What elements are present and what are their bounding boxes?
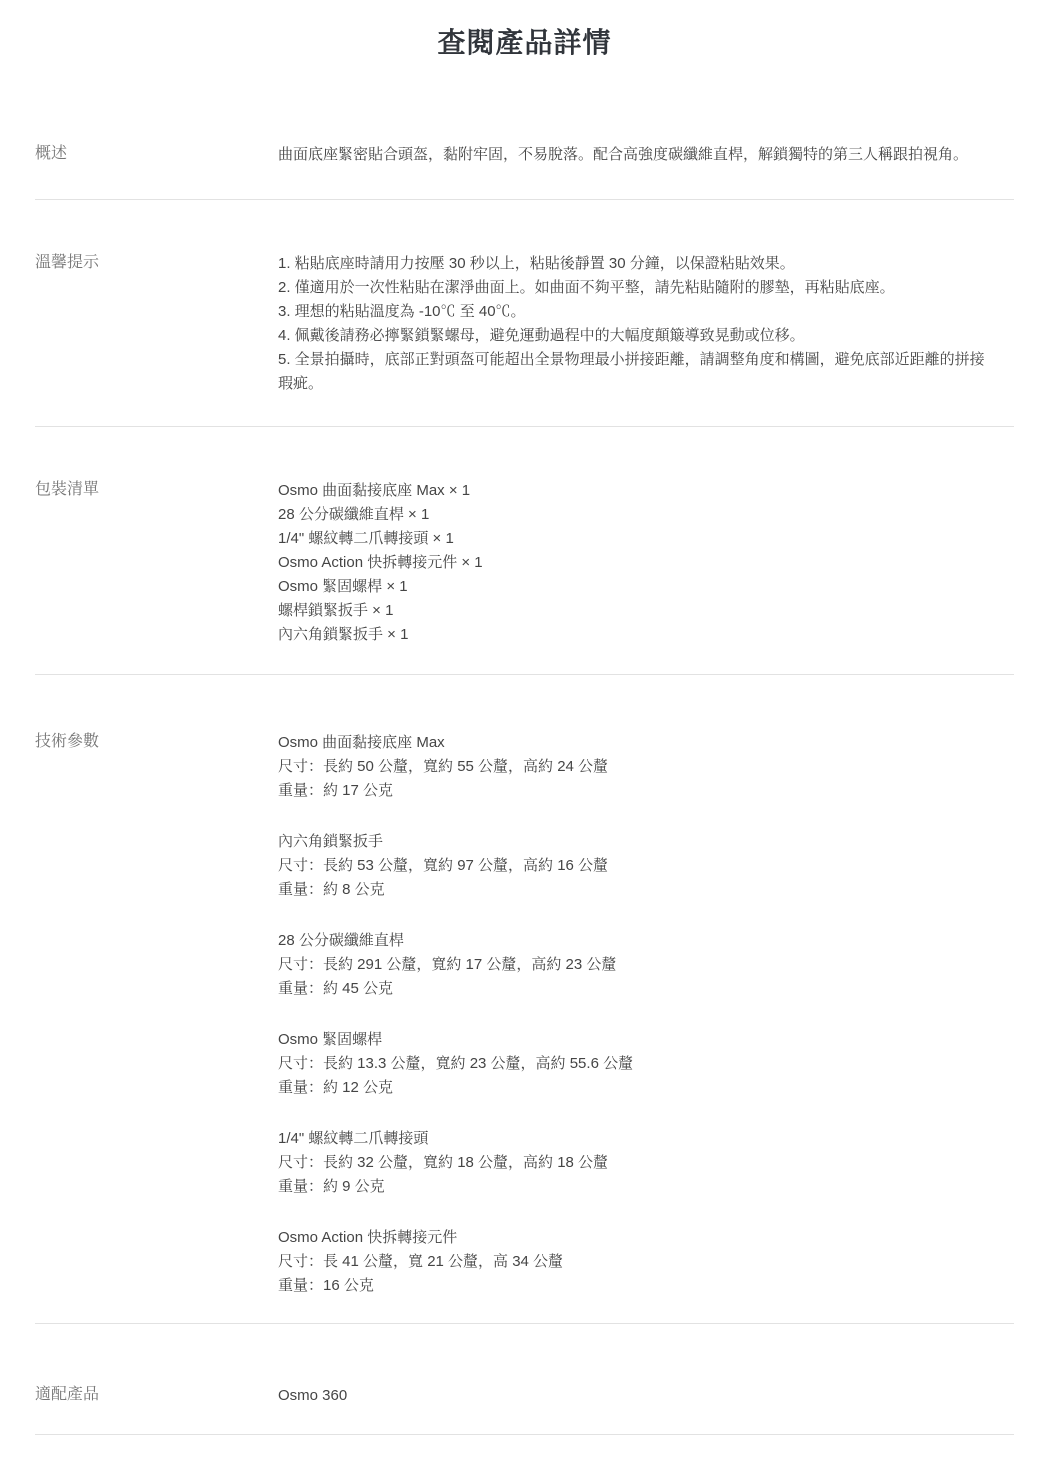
spec-block: Osmo 曲面黏接底座 Max 尺寸：長約 50 公釐，寬約 55 公釐，高約 …: [278, 731, 998, 803]
product-details-page: 查閱產品詳情 概述 曲面底座緊密貼合頭盔，黏附牢固，不易脫落。配合高強度碳纖維直…: [0, 0, 1040, 1480]
spec-block: 內六角鎖緊扳手 尺寸：長約 53 公釐，寬約 97 公釐，高約 16 公釐 重量…: [278, 830, 998, 902]
spec-weight: 重量：約 17 公克: [278, 779, 998, 803]
packing-section-label: 包裝清單: [35, 479, 278, 501]
spec-name: 1/4" 螺紋轉二爪轉接頭: [278, 1127, 998, 1151]
spec-name: Osmo 緊固螺桿: [278, 1028, 998, 1052]
tips-section-content: 1. 粘貼底座時請用力按壓 30 秒以上，粘貼後靜置 30 分鐘，以保證粘貼效果…: [278, 252, 998, 396]
spec-weight: 重量：約 9 公克: [278, 1175, 998, 1199]
spec-weight: 重量：16 公克: [278, 1274, 998, 1298]
spec-size: 尺寸：長約 32 公釐，寬約 18 公釐，高約 18 公釐: [278, 1151, 998, 1175]
tip-line: 5. 全景拍攝時，底部正對頭盔可能超出全景物理最小拼接距離，請調整角度和構圖，避…: [278, 348, 998, 396]
spec-name: Osmo 曲面黏接底座 Max: [278, 731, 998, 755]
spec-size: 尺寸：長 41 公釐，寬 21 公釐，高 34 公釐: [278, 1250, 998, 1274]
page-title: 查閱產品詳情: [35, 0, 1014, 91]
tip-line: 3. 理想的粘貼溫度為 -10℃ 至 40℃。: [278, 300, 998, 324]
spec-block: Osmo 緊固螺桿 尺寸：長約 13.3 公釐，寬約 23 公釐，高約 55.6…: [278, 1028, 998, 1100]
spec-name: 內六角鎖緊扳手: [278, 830, 998, 854]
packing-item: 螺桿鎖緊扳手 × 1: [278, 599, 998, 623]
spec-block: Osmo Action 快拆轉接元件 尺寸：長 41 公釐，寬 21 公釐，高 …: [278, 1226, 998, 1298]
packing-item: 內六角鎖緊扳手 × 1: [278, 623, 998, 647]
overview-section-label: 概述: [35, 143, 278, 165]
spec-block: 28 公分碳纖維直桿 尺寸：長約 291 公釐，寬約 17 公釐，高約 23 公…: [278, 929, 998, 1001]
tips-section-label: 溫馨提示: [35, 252, 278, 274]
packing-item: Osmo Action 快拆轉接元件 × 1: [278, 551, 998, 575]
spec-size: 尺寸：長約 13.3 公釐，寬約 23 公釐，高約 55.6 公釐: [278, 1052, 998, 1076]
compatibility-section-content: Osmo 360: [278, 1384, 998, 1408]
section-tips: 溫馨提示 1. 粘貼底座時請用力按壓 30 秒以上，粘貼後靜置 30 分鐘，以保…: [35, 200, 1014, 427]
overview-text: 曲面底座緊密貼合頭盔，黏附牢固，不易脫落。配合高強度碳纖維直桿，解鎖獨特的第三人…: [278, 143, 998, 167]
spec-weight: 重量：約 8 公克: [278, 878, 998, 902]
spec-block: 1/4" 螺紋轉二爪轉接頭 尺寸：長約 32 公釐，寬約 18 公釐，高約 18…: [278, 1127, 998, 1199]
section-packing-list: 包裝清單 Osmo 曲面黏接底座 Max × 1 28 公分碳纖維直桿 × 1 …: [35, 427, 1014, 675]
packing-section-content: Osmo 曲面黏接底座 Max × 1 28 公分碳纖維直桿 × 1 1/4" …: [278, 479, 998, 647]
packing-item: 1/4" 螺紋轉二爪轉接頭 × 1: [278, 527, 998, 551]
spec-size: 尺寸：長約 50 公釐，寬約 55 公釐，高約 24 公釐: [278, 755, 998, 779]
compatible-product: Osmo 360: [278, 1384, 998, 1408]
overview-section-content: 曲面底座緊密貼合頭盔，黏附牢固，不易脫落。配合高強度碳纖維直桿，解鎖獨特的第三人…: [278, 143, 998, 167]
packing-item: Osmo 曲面黏接底座 Max × 1: [278, 479, 998, 503]
tip-line: 4. 佩戴後請務必擰緊鎖緊螺母，避免運動過程中的大幅度顛簸導致晃動或位移。: [278, 324, 998, 348]
spec-weight: 重量：約 12 公克: [278, 1076, 998, 1100]
spec-name: Osmo Action 快拆轉接元件: [278, 1226, 998, 1250]
section-overview: 概述 曲面底座緊密貼合頭盔，黏附牢固，不易脫落。配合高強度碳纖維直桿，解鎖獨特的…: [35, 91, 1014, 200]
compatibility-section-label: 適配產品: [35, 1384, 278, 1406]
section-specs: 技術參數 Osmo 曲面黏接底座 Max 尺寸：長約 50 公釐，寬約 55 公…: [35, 675, 1014, 1324]
specs-section-content: Osmo 曲面黏接底座 Max 尺寸：長約 50 公釐，寬約 55 公釐，高約 …: [278, 731, 998, 1298]
spec-weight: 重量：約 45 公克: [278, 977, 998, 1001]
spec-name: 28 公分碳纖維直桿: [278, 929, 998, 953]
tip-line: 1. 粘貼底座時請用力按壓 30 秒以上，粘貼後靜置 30 分鐘，以保證粘貼效果…: [278, 252, 998, 276]
spec-size: 尺寸：長約 291 公釐，寬約 17 公釐，高約 23 公釐: [278, 953, 998, 977]
spec-size: 尺寸：長約 53 公釐，寬約 97 公釐，高約 16 公釐: [278, 854, 998, 878]
packing-item: 28 公分碳纖維直桿 × 1: [278, 503, 998, 527]
packing-item: Osmo 緊固螺桿 × 1: [278, 575, 998, 599]
specs-section-label: 技術參數: [35, 731, 278, 753]
tip-line: 2. 僅適用於一次性粘貼在潔淨曲面上。如曲面不夠平整，請先粘貼隨附的膠墊，再粘貼…: [278, 276, 998, 300]
section-compatibility: 適配產品 Osmo 360: [35, 1324, 1014, 1435]
